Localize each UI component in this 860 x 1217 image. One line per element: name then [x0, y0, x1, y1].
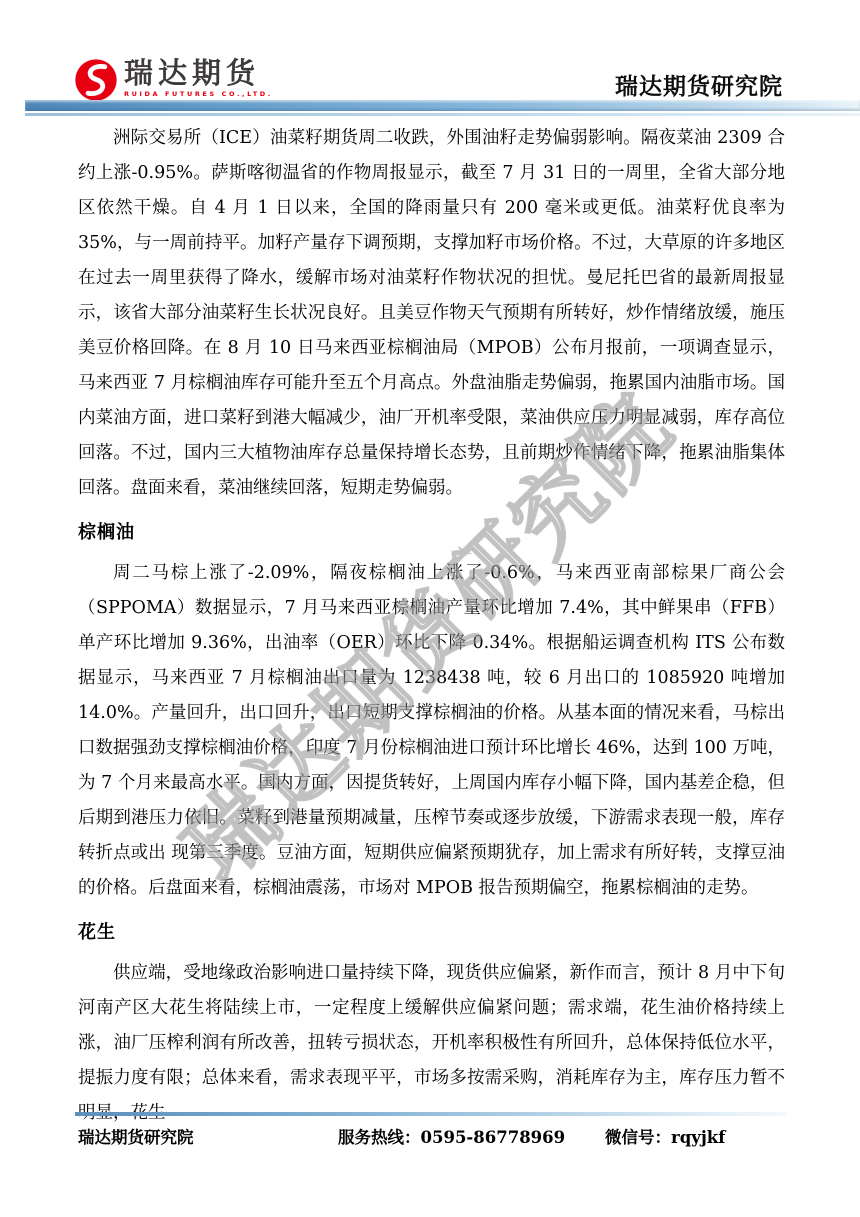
footer-institute: 瑞达期货研究院 — [78, 1124, 194, 1148]
brand-name-en: RUIDA FUTURES CO.,LTD. — [124, 90, 273, 98]
report-page: 瑞达期货 RUIDA FUTURES CO.,LTD. 瑞达期货研究院 瑞达期货… — [0, 0, 860, 1217]
header-divider-band — [25, 100, 860, 111]
intro-paragraph: 洲际交易所（ICE）油菜籽期货周二收跌，外围油籽走势偏弱影响。隔夜菜油 2309… — [78, 121, 785, 506]
footer-wechat-id: 微信号：rqyjkf — [605, 1124, 725, 1148]
footer-divider-line — [75, 1112, 787, 1116]
footer-hotline: 服务热线：0595-86778969 — [338, 1124, 565, 1148]
brand-name-cn: 瑞达期货 — [124, 58, 273, 88]
header-institute-title: 瑞达期货研究院 — [615, 68, 783, 101]
section-heading-palm-oil: 棕榈油 — [78, 515, 785, 550]
peanut-paragraph: 供应端，受地缘政治影响进口量持续下降，现货供应偏紧，新作而言，预计 8 月中下旬… — [78, 956, 785, 1131]
company-logo: 瑞达期货 RUIDA FUTURES CO.,LTD. — [74, 58, 273, 102]
logo-text-block: 瑞达期货 RUIDA FUTURES CO.,LTD. — [124, 58, 273, 98]
ruida-logo-icon — [74, 58, 118, 102]
header-divider-bar — [25, 100, 860, 117]
palm-oil-paragraph: 周二马棕上涨了-2.09%，隔夜棕榈油上涨了-0.6%，马来西亚南部棕果厂商公会… — [78, 556, 785, 906]
footer: 瑞达期货研究院 服务热线：0595-86778969 微信号：rqyjkf — [78, 1124, 785, 1148]
report-body: 洲际交易所（ICE）油菜籽期货周二收跌，外围油籽走势偏弱影响。隔夜菜油 2309… — [78, 121, 785, 1131]
header-divider-thinline — [25, 113, 860, 116]
section-heading-peanut: 花生 — [78, 915, 785, 950]
